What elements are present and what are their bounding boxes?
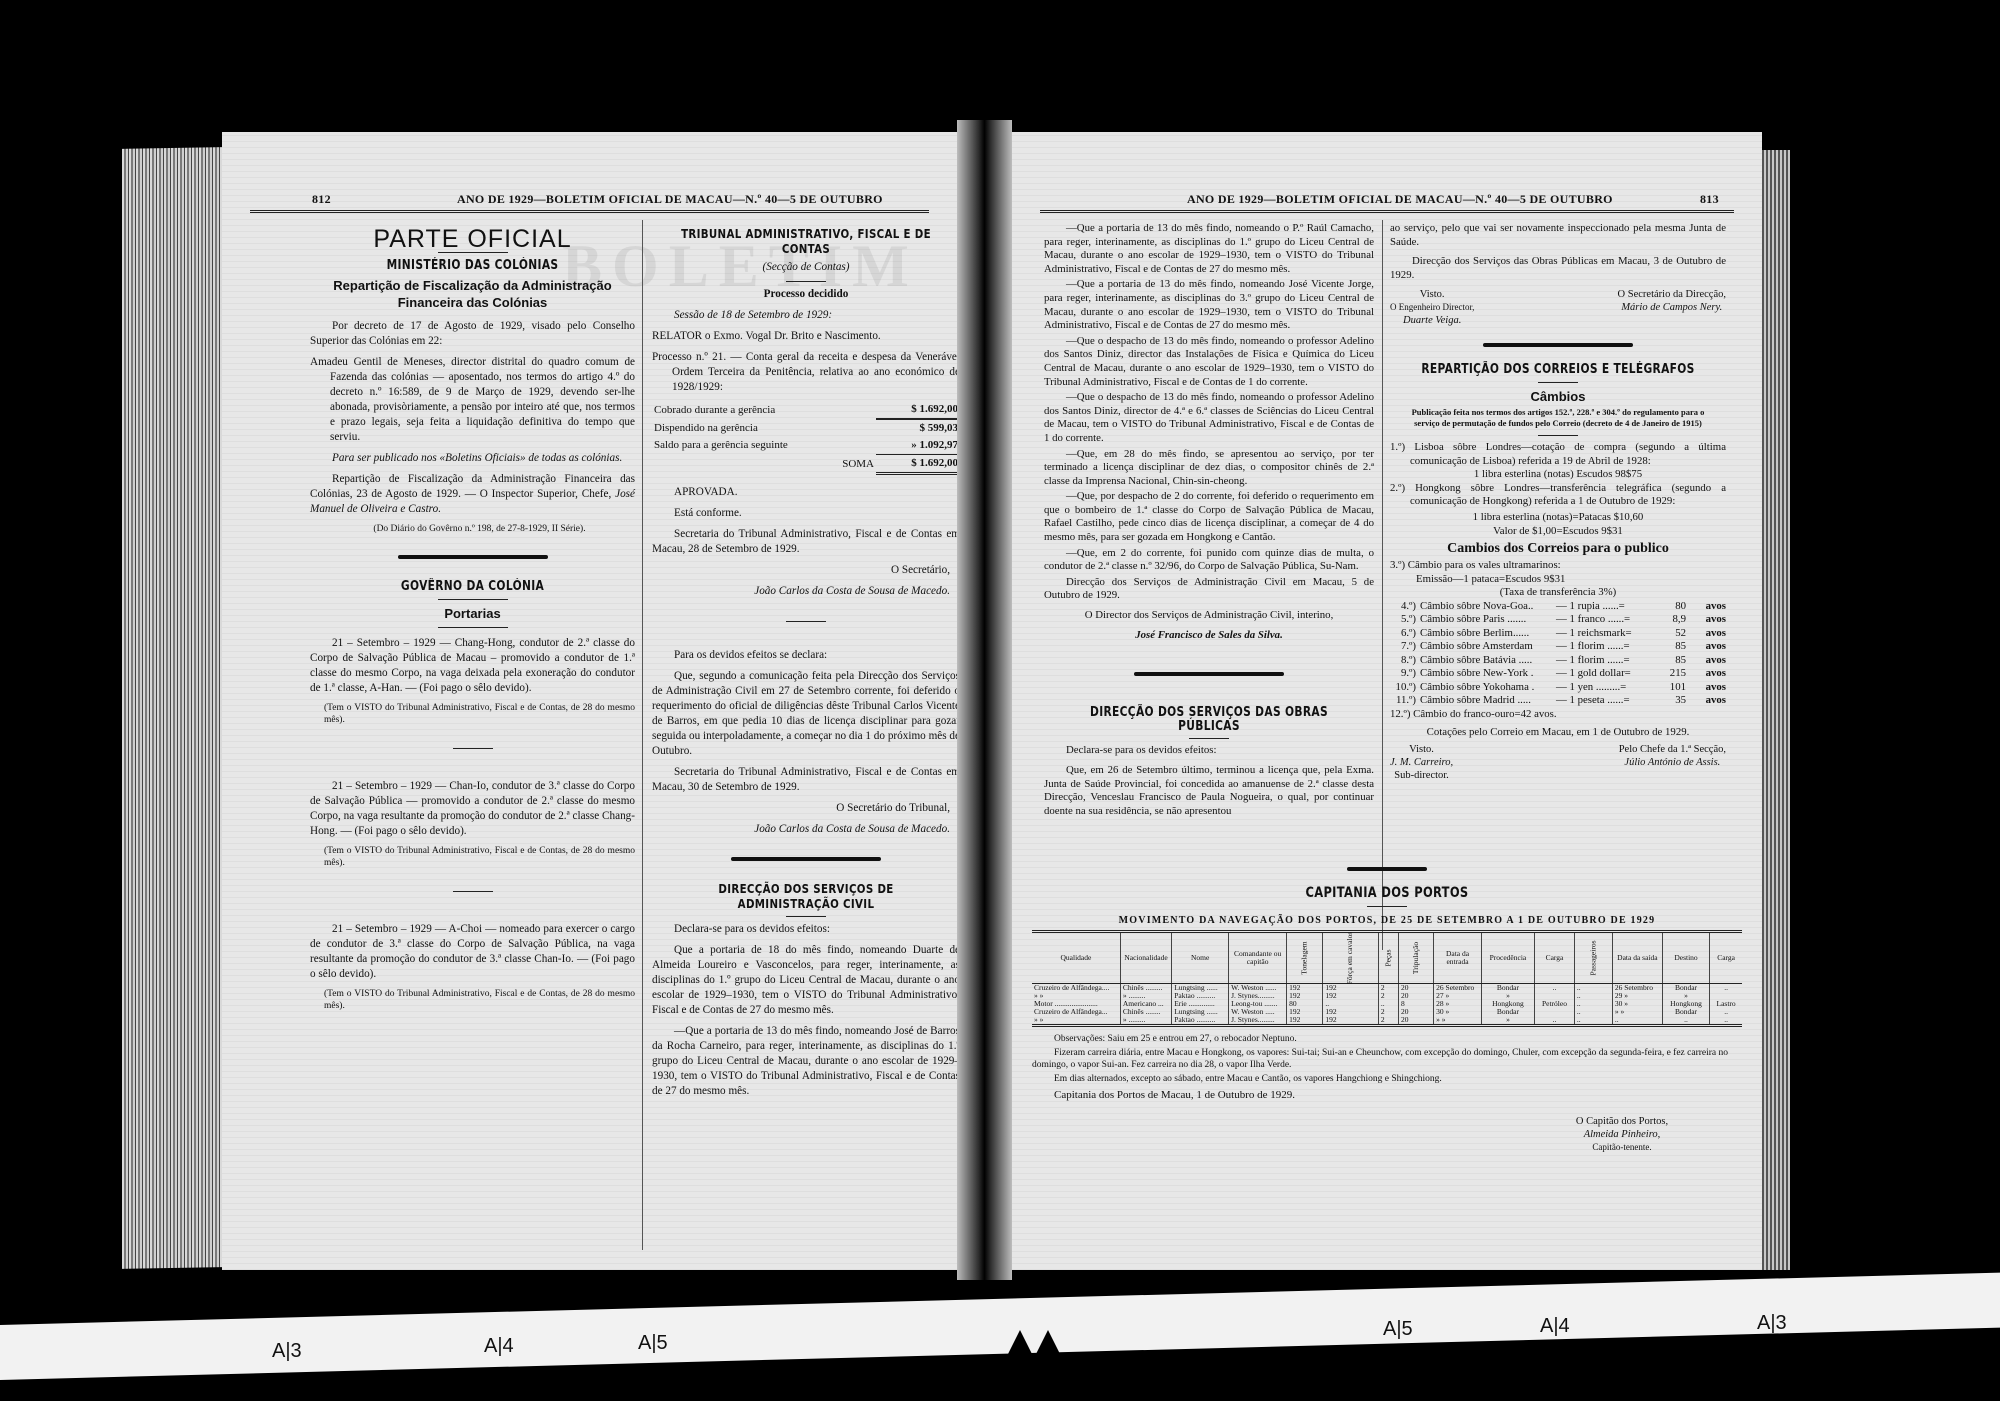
col-header-label: Peças — [1384, 949, 1392, 966]
cell: .. — [1710, 1016, 1742, 1026]
account-row: SOMA$ 1.692,00 — [652, 455, 960, 474]
portaria-entry: 21 – Setembro – 1929 — Chan-Io, condutor… — [310, 779, 635, 839]
left-column-1: PARTE OFICIAL MINISTÉRIO DAS COLÓNIAS Re… — [310, 222, 635, 1018]
book-page-edges-right — [1760, 150, 1790, 1270]
left-column-2: TRIBUNAL ADMINISTRATIVO, FISCAL E DE CON… — [652, 222, 960, 1105]
col-header: Passageiros — [1574, 932, 1612, 984]
account-label: SOMA — [652, 455, 876, 474]
sig2-name: João Carlos da Costa de Sousa de Macedo. — [652, 822, 960, 837]
rate-desc: Câmbio sôbre Amsterdam — [1420, 640, 1556, 654]
running-head-title: ANO DE 1929—BOLETIM OFICIAL DE MACAU—N.º… — [457, 192, 883, 207]
sig-title: O Capitão dos Portos, — [1522, 1115, 1722, 1128]
divider — [786, 621, 826, 622]
obras-signatures: Visto. O Engenheiro Director, Duarte Vei… — [1390, 288, 1726, 327]
account-row: Saldo para a gerência seguinte» 1.092,97 — [652, 437, 960, 455]
col-header: Fôrça em cavalos — [1323, 932, 1378, 984]
right-column-2: ao serviço, pelo que vai ser novamente i… — [1390, 222, 1726, 792]
cambio-value: 1 libra esterlina (notas) Escudos 98$75 — [1390, 468, 1726, 482]
rate-number: 6.º) — [1390, 627, 1420, 641]
col-header: Tripulação — [1398, 932, 1433, 984]
left-page: BOLETIM 812 ANO DE 1929—BOLETIM OFICIAL … — [222, 132, 957, 1270]
col-header-label: Tripulação — [1412, 942, 1420, 974]
secretaria-1: Secretaria do Tribunal Administrativo, F… — [652, 527, 960, 557]
observation: Em dias alternados, excepto ao sábado, e… — [1032, 1073, 1742, 1085]
divider — [1189, 738, 1229, 739]
table-title: MOVIMENTO DA NAVEGAÇÃO DOS PORTOS, DE 25… — [1032, 915, 1742, 926]
civil-sig-title: O Director dos Serviços de Administração… — [1044, 609, 1374, 623]
cotacoes-closing: Cotações pelo Correio em Macau, em 1 de … — [1390, 726, 1726, 740]
conforme: Está conforme. — [652, 506, 960, 521]
table-header-row: Qualidade Nacionalidade Nome Comandante … — [1032, 932, 1742, 984]
source-note: (Do Diário do Govêrno n.º 198, de 27-8-1… — [310, 523, 635, 535]
rate-number: 5.º) — [1390, 613, 1420, 627]
right-page: ANO DE 1929—BOLETIM OFICIAL DE MACAU—N.º… — [1012, 132, 1762, 1270]
secretaria-2: Secretaria do Tribunal Administrativo, F… — [652, 765, 960, 795]
rate-unit: — 1 gold dollar= — [1556, 667, 1650, 681]
rate-row: 11.º)Câmbio sôbre Madrid .....— 1 peseta… — [1390, 694, 1726, 708]
decree-intro: Por decreto de 17 de Agosto de 1929, vis… — [310, 319, 635, 349]
account-row: Dispendido na gerência$ 599,03 — [652, 419, 960, 437]
cell: » — [1481, 1016, 1534, 1026]
section-divider — [1347, 867, 1427, 871]
signoff-text: Repartição de Fiscalização da Administra… — [310, 473, 635, 500]
col-header: Carga — [1710, 932, 1742, 984]
navigation-table: Qualidade Nacionalidade Nome Comandante … — [1032, 930, 1742, 1027]
divider — [1538, 435, 1578, 436]
cambios-note: Publicação feita nos termos dos artigos … — [1390, 407, 1726, 429]
rate-row: 10.º)Câmbio sôbre Yokohama .— 1 yen ....… — [1390, 681, 1726, 695]
rate-desc: Câmbio sôbre New-York . — [1420, 667, 1556, 681]
visto-label: Visto. — [1390, 743, 1453, 756]
rate-value: 35 — [1650, 694, 1686, 708]
observation: Fizeram carreira diária, entre Macau e H… — [1032, 1047, 1742, 1071]
col-header-label: Fôrça em cavalos — [1347, 932, 1355, 984]
visto-label: Visto. — [1390, 288, 1474, 301]
col-header: Peças — [1378, 932, 1398, 984]
correios-sig-left: Visto. J. M. Carreiro, Sub-director. — [1390, 743, 1453, 782]
rate-row: 8.º)Câmbio sôbre Batávia .....— 1 florim… — [1390, 654, 1726, 668]
cell: Petróleo — [1535, 1000, 1575, 1008]
divider — [453, 891, 493, 892]
sig-name: Mário de Campos Nery. — [1618, 301, 1726, 314]
sig-title: O Secretário da Direcção, — [1618, 288, 1726, 301]
sig1-name: João Carlos da Costa de Sousa de Macedo. — [652, 584, 960, 599]
publish-note: Para ser publicado nos «Boletins Oficiai… — [310, 451, 635, 466]
visto-note: (Tem o VISTO do Tribunal Administrativo,… — [310, 988, 635, 1012]
book-gutter — [957, 120, 1012, 1280]
rate-number: 8.º) — [1390, 654, 1420, 668]
correios-signatures: Visto. J. M. Carreiro, Sub-director. Pel… — [1390, 743, 1726, 782]
rate-row: 7.º)Câmbio sôbre Amsterdam— 1 florim ...… — [1390, 640, 1726, 654]
sig2-title: O Secretário do Tribunal, — [652, 801, 960, 816]
rate-number: 4.º) — [1390, 600, 1420, 614]
rate-unit: — 1 florim ......= — [1556, 654, 1650, 668]
page-number: 812 — [312, 192, 331, 207]
header-rule — [1040, 210, 1734, 213]
sig-title: Sub-director. — [1390, 769, 1453, 782]
rate-unit: — 1 yen .........= — [1556, 681, 1650, 695]
rate-row: 6.º)Câmbio sôbre Berlim......— 1 reichsm… — [1390, 627, 1726, 641]
rates-list: 4.º)Câmbio sôbre Nova-Goa..— 1 rupia ...… — [1390, 600, 1726, 708]
civil-declara: Declara-se para os devidos efeitos: — [652, 922, 960, 937]
section-divider — [731, 857, 881, 861]
cell: Paktao .......... — [1172, 1016, 1229, 1026]
table-row: » »» .........Paktao ..........J. Stynes… — [1032, 1016, 1742, 1026]
capitania-signature: O Capitão dos Portos, Almeida Pinheiro, … — [1522, 1115, 1722, 1154]
cambio-emissao: Emissão—1 pataca=Escudos 9$31 — [1390, 573, 1726, 587]
column-divider — [642, 220, 643, 1250]
processo-description: Processo n.º 21. — Conta geral da receit… — [652, 350, 960, 395]
civil-closing: Direcção dos Serviços de Administração C… — [1044, 576, 1374, 603]
processo-decidido: Processo decidido — [652, 287, 960, 302]
rate-value: 85 — [1650, 640, 1686, 654]
obras-body: Que, em 26 de Setembro último, terminou … — [1044, 764, 1374, 818]
aprovada: APROVADA. — [652, 485, 960, 500]
book-page-edges-left — [122, 147, 222, 1269]
portarias-heading: Portarias — [310, 605, 635, 622]
rate-suffix: avos — [1686, 600, 1726, 614]
rate-value: 80 — [1650, 600, 1686, 614]
rate-desc: Câmbio sôbre Batávia ..... — [1420, 654, 1556, 668]
account-value: $ 599,03 — [876, 419, 960, 437]
col-header: Nacionalidade — [1120, 932, 1171, 984]
ministerio-heading: MINISTÉRIO DAS COLÓNIAS — [339, 258, 606, 273]
cell: J. Stynes......... — [1229, 1016, 1287, 1026]
col-header: Carga — [1535, 932, 1575, 984]
col-header: Data da saída — [1612, 932, 1662, 984]
rate-suffix: avos — [1686, 694, 1726, 708]
cambio-value: 1 libra esterlina (notas)=Patacas $10,60 — [1390, 511, 1726, 525]
observations: Observações: Saiu em 25 e entrou em 27, … — [1032, 1033, 1742, 1085]
col-header: Destino — [1662, 932, 1709, 984]
rate-suffix: avos — [1686, 681, 1726, 695]
rate-unit: — 1 peseta ......= — [1556, 694, 1650, 708]
governo-heading: GOVÊRNO DA COLÓNIA — [339, 579, 606, 594]
capitania-heading: CAPITANIA DOS PORTOS — [1096, 885, 1678, 901]
civil-paragraph: —Que, por despacho de 2 do corrente, foi… — [1044, 490, 1374, 544]
cell: » » — [1612, 1008, 1662, 1016]
rate-value: 215 — [1650, 667, 1686, 681]
rate-desc: Câmbio sôbre Nova-Goa.. — [1420, 600, 1556, 614]
sig-name: Almeida Pinheiro, — [1522, 1128, 1722, 1141]
cell: .. — [1710, 984, 1742, 993]
cell: 192 — [1287, 1016, 1323, 1026]
rate-row: 4.º)Câmbio sôbre Nova-Goa..— 1 rupia ...… — [1390, 600, 1726, 614]
col-header-label: Tonelagem — [1301, 941, 1309, 974]
sig-title: O Engenheiro Director, — [1390, 301, 1474, 314]
divider — [453, 748, 493, 749]
page-number: 813 — [1700, 192, 1719, 207]
sig1-title: O Secretário, — [652, 563, 960, 578]
obras-declara: Declara-se para os devidos efeitos: — [1044, 744, 1374, 758]
civil-paragraph: Que a portaria de 18 do mês findo, nomea… — [652, 943, 960, 1018]
rate-row: 9.º)Câmbio sôbre New-York .— 1 gold doll… — [1390, 667, 1726, 681]
frame-mark: A|5 — [1383, 1318, 1413, 1341]
rate-desc: Câmbio sôbre Berlim...... — [1420, 627, 1556, 641]
sig-name: Duarte Veiga. — [1390, 314, 1474, 327]
rate-suffix: avos — [1686, 667, 1726, 681]
relator: RELATOR o Exmo. Vogal Dr. Brito e Nascim… — [652, 329, 960, 344]
right-column-1: —Que a portaria de 13 do mês findo, nome… — [1044, 222, 1374, 824]
correios-heading: REPARTIÇÃO DOS CORREIOS E TELÉGRAFOS — [1420, 363, 1696, 377]
col-header: Nome — [1172, 932, 1229, 984]
running-head-right: ANO DE 1929—BOLETIM OFICIAL DE MACAU—N.º… — [1012, 192, 1762, 208]
rate-unit: — 1 reichsmark= — [1556, 627, 1650, 641]
header-rule — [250, 210, 929, 213]
civil-paragraph: —Que a portaria de 13 do mês findo, nome… — [1044, 278, 1374, 332]
divider — [786, 916, 826, 917]
obras-sig-left: Visto. O Engenheiro Director, Duarte Vei… — [1390, 288, 1474, 327]
visto-note: (Tem o VISTO do Tribunal Administrativo,… — [310, 702, 635, 726]
obras-heading: DIRECÇÃO DOS SERVIÇOS DAS OBRAS PÚBLICAS — [1074, 706, 1345, 733]
portaria-entry: 21 – Setembro – 1929 — Chang-Hong, condu… — [310, 636, 635, 696]
frame-mark: A|4 — [1540, 1315, 1570, 1338]
cambio-item: 1.º) Lisboa sôbre Londres—cotação de com… — [1390, 441, 1726, 468]
portaria-entry: 21 – Setembro – 1929 — A-Choi — nomeado … — [310, 922, 635, 982]
cambio-item-12: 12.º) Câmbio do franco-ouro=42 avos. — [1390, 708, 1726, 722]
frame-mark: A|4 — [484, 1335, 514, 1358]
rate-desc: Câmbio sôbre Madrid ..... — [1420, 694, 1556, 708]
rate-row: 5.º)Câmbio sôbre Paris .......— 1 franco… — [1390, 613, 1726, 627]
rate-number: 9.º) — [1390, 667, 1420, 681]
declara-body: Que, segundo a comunicação feita pela Di… — [652, 669, 960, 759]
rate-desc: Câmbio sôbre Paris ....... — [1420, 613, 1556, 627]
running-head-title: ANO DE 1929—BOLETIM OFICIAL DE MACAU—N.º… — [1187, 192, 1613, 207]
divider — [1367, 906, 1407, 907]
seccao-subtitle: (Secção de Contas) — [652, 260, 960, 275]
cell: .. — [1535, 1016, 1575, 1026]
account-value: $ 1.692,00 — [876, 455, 960, 474]
sig-rank: Capitão-tenente. — [1522, 1141, 1722, 1154]
cell: .. — [1535, 984, 1575, 993]
observation: Observações: Saiu em 25 e entrou em 27, … — [1032, 1033, 1742, 1045]
declara-heading: Para os devidos efeitos se declara: — [652, 648, 960, 663]
frame-mark: A|3 — [272, 1340, 302, 1363]
column-divider — [1382, 220, 1383, 950]
cell: 20 — [1398, 1016, 1433, 1026]
obras-continued: ao serviço, pelo que vai ser novamente i… — [1390, 222, 1726, 249]
section-divider — [1134, 672, 1284, 676]
divider — [786, 281, 826, 282]
rate-number: 7.º) — [1390, 640, 1420, 654]
cell: .. — [1612, 1016, 1662, 1026]
account-label: Saldo para a gerência seguinte — [652, 437, 876, 455]
section-divider — [1483, 343, 1633, 347]
frame-mark: A|3 — [1757, 1312, 1787, 1335]
account-table: Cobrado durante a gerência$ 1.692,00 Dis… — [652, 401, 960, 475]
civil-sig-name: José Francisco de Sales da Silva. — [1044, 629, 1374, 643]
account-label: Dispendido na gerência — [652, 419, 876, 437]
rate-unit: — 1 franco ......= — [1556, 613, 1650, 627]
section-divider — [398, 555, 548, 559]
cambio-taxa: (Taxa de transferência 3%) — [1390, 586, 1726, 600]
tribunal-heading: TRIBUNAL ADMINISTRATIVO, FISCAL E DE CON… — [680, 226, 933, 256]
sig-name: J. M. Carreiro, — [1390, 756, 1453, 769]
cell: .. — [1574, 1016, 1612, 1026]
rate-suffix: avos — [1686, 627, 1726, 641]
decree-body: Amadeu Gentil de Meneses, director distr… — [310, 355, 635, 445]
rate-suffix: avos — [1686, 654, 1726, 668]
account-label: Cobrado durante a gerência — [652, 401, 876, 419]
civil-paragraph: —Que, em 28 do mês findo, se apresentou … — [1044, 448, 1374, 489]
visto-note: (Tem o VISTO do Tribunal Administrativo,… — [310, 845, 635, 869]
cell: .. — [1662, 1016, 1709, 1026]
parte-oficial-heading: PARTE OFICIAL — [310, 232, 635, 247]
capitania-closing: Capitania dos Portos de Macau, 1 de Outu… — [1032, 1089, 1742, 1101]
divider — [438, 627, 508, 628]
capitania-section: CAPITANIA DOS PORTOS MOVIMENTO DA NAVEGA… — [1032, 867, 1742, 1154]
obras-closing: Direcção dos Serviços das Obras Públicas… — [1390, 255, 1726, 282]
rate-value: 85 — [1650, 654, 1686, 668]
rate-value: 8,9 — [1650, 613, 1686, 627]
cell: Cruzeiro de Alfândega.... — [1032, 984, 1120, 993]
publico-heading: Cambios dos Correios para o publico — [1390, 540, 1726, 557]
film-notch-right — [1028, 1330, 1068, 1370]
divider — [438, 599, 508, 600]
direccao-civil-heading: DIRECÇÃO DOS SERVIÇOS DE ADMINISTRAÇÃO C… — [680, 881, 933, 911]
rate-number: 10.º) — [1390, 681, 1420, 695]
cell: » » — [1434, 1016, 1482, 1026]
cell: » » — [1032, 1016, 1120, 1026]
rate-unit: — 1 florim ......= — [1556, 640, 1650, 654]
cell: » ......... — [1120, 1016, 1171, 1026]
col-header: Tonelagem — [1287, 932, 1323, 984]
cambios-heading: Câmbios — [1390, 388, 1726, 405]
sig-title: Pelo Chefe da 1.ª Secção, — [1619, 743, 1726, 756]
civil-paragraph: —Que a portaria de 13 do mês findo, nome… — [652, 1024, 960, 1099]
rate-desc: Câmbio sôbre Yokohama . — [1420, 681, 1556, 695]
reparticao-heading: Repartição de Fiscalização da Administra… — [310, 277, 635, 311]
sig-name: Júlio António de Assis. — [1619, 756, 1726, 769]
rate-number: 11.º) — [1390, 694, 1420, 708]
cell: Cruzeiro de Alfândega... — [1032, 1008, 1120, 1016]
cambio-value: Valor de $1,00=Escudos 9$31 — [1390, 525, 1726, 539]
divider — [1538, 382, 1578, 383]
sessao: Sessão de 18 de Setembro de 1929: — [652, 308, 960, 323]
account-value: » 1.092,97 — [876, 437, 960, 455]
col-header: Procedência — [1481, 932, 1534, 984]
reparticao-signoff: Repartição de Fiscalização da Administra… — [310, 472, 635, 517]
civil-paragraph: —Que o despacho de 13 do mês findo, nome… — [1044, 391, 1374, 445]
rate-value: 52 — [1650, 627, 1686, 641]
obras-sig-right: O Secretário da Direcção, Mário de Campo… — [1618, 288, 1726, 327]
account-value: $ 1.692,00 — [876, 401, 960, 419]
running-head-left: 812 ANO DE 1929—BOLETIM OFICIAL DE MACAU… — [222, 192, 957, 208]
rate-suffix: avos — [1686, 640, 1726, 654]
frame-mark: A|5 — [638, 1332, 668, 1355]
rate-value: 101 — [1650, 681, 1686, 695]
col-header: Comandante ou capitão — [1229, 932, 1287, 984]
col-header-label: Passageiros — [1589, 941, 1597, 976]
civil-paragraph: —Que a portaria de 13 do mês findo, nome… — [1044, 222, 1374, 276]
account-row: Cobrado durante a gerência$ 1.692,00 — [652, 401, 960, 419]
cell: 192 — [1323, 992, 1378, 1000]
correios-sig-right: Pelo Chefe da 1.ª Secção, Júlio António … — [1619, 743, 1726, 782]
cambio-item: 2.º) Hongkong sôbre Londres—transferênci… — [1390, 482, 1726, 509]
cell: 192 — [1323, 1016, 1378, 1026]
rate-suffix: avos — [1686, 613, 1726, 627]
rate-unit: — 1 rupia ......= — [1556, 600, 1650, 614]
civil-paragraph: —Que, em 2 do corrente, foi punido com q… — [1044, 547, 1374, 574]
col-header: Qualidade — [1032, 932, 1120, 984]
civil-paragraph: —Que o despacho de 13 do mês findo, nome… — [1044, 335, 1374, 389]
cambio-item: 3.º) Câmbio para os vales ultramarinos: — [1390, 559, 1726, 573]
cell: 2 — [1378, 1016, 1398, 1026]
col-header: Data da entrada — [1434, 932, 1482, 984]
